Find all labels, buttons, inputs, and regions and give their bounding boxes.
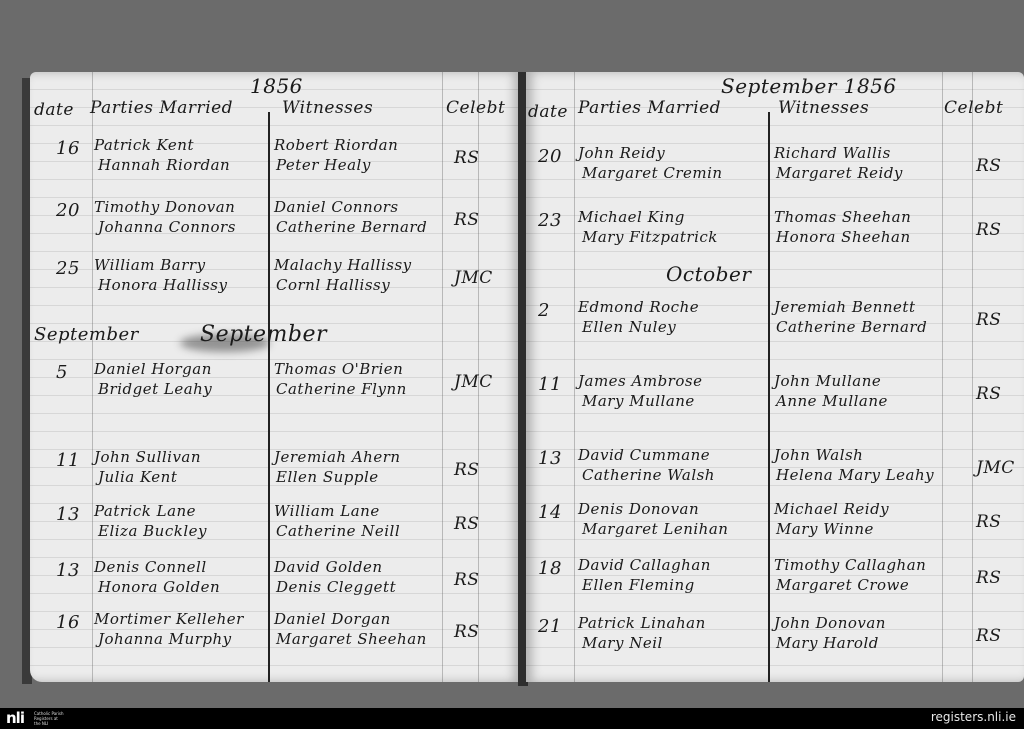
celebrant-initials: RS — [976, 384, 1001, 404]
groom-name: Edmond Roche — [578, 298, 699, 316]
bride-name: Hannah Riordan — [98, 156, 230, 174]
entry-date: 13 — [56, 560, 80, 581]
groom-name: William Barry — [94, 256, 206, 274]
bride-name: Johanna Murphy — [98, 630, 232, 648]
header-parties: Parties Married — [578, 98, 721, 118]
celebrant-initials: RS — [976, 626, 1001, 646]
groom-name: Mortimer Kelleher — [94, 610, 244, 628]
celebrant-initials: RS — [454, 622, 479, 642]
witness-name: Jeremiah Bennett — [774, 298, 915, 316]
entry-date: 18 — [538, 558, 562, 579]
column-rule — [574, 72, 575, 682]
column-rule — [442, 72, 443, 682]
witness-name: Margaret Sheehan — [276, 630, 427, 648]
bride-name: Johanna Connors — [98, 218, 236, 236]
bride-name: Margaret Cremin — [582, 164, 723, 182]
bride-name: Ellen Nuley — [582, 318, 676, 336]
header-date: date — [34, 100, 74, 120]
celebrant-initials: RS — [454, 570, 479, 590]
celebrant-initials: JMC — [976, 458, 1015, 478]
witness-name: Mary Harold — [776, 634, 879, 652]
entry-date: 21 — [538, 616, 562, 637]
celebrant-initials: RS — [454, 514, 479, 534]
bride-name: Bridget Leahy — [98, 380, 212, 398]
page-year: 1856 — [250, 74, 303, 98]
nli-logo[interactable]: nli — [6, 711, 24, 726]
witness-name: Catherine Neill — [276, 522, 400, 540]
celebrant-initials: RS — [976, 568, 1001, 588]
witness-name: Catherine Bernard — [276, 218, 427, 236]
entry-date: 11 — [56, 450, 80, 471]
witness-name: Honora Sheehan — [776, 228, 911, 246]
witness-name: Thomas Sheehan — [774, 208, 911, 226]
groom-name: Daniel Horgan — [94, 360, 212, 378]
bride-name: Mary Mullane — [582, 392, 695, 410]
column-rule — [972, 72, 973, 682]
witness-name: Richard Wallis — [774, 144, 891, 162]
witness-name: John Mullane — [774, 372, 881, 390]
witness-name: Thomas O'Brien — [274, 360, 403, 378]
witness-name: Margaret Reidy — [776, 164, 903, 182]
header-parties: Parties Married — [90, 98, 233, 118]
witness-name: Timothy Callaghan — [774, 556, 926, 574]
month-heading: October — [666, 262, 751, 286]
witness-name: Denis Cleggett — [276, 578, 396, 596]
header-witnesses: Witnesses — [282, 98, 373, 118]
image-viewer[interactable]: 1856 date Parties Married Witnesses Cele… — [0, 0, 1024, 708]
witness-name: Cornl Hallissy — [276, 276, 390, 294]
bride-name: Honora Hallissy — [98, 276, 227, 294]
celebrant-initials: RS — [454, 210, 479, 230]
month-margin-note: September — [34, 324, 139, 345]
entry-date: 20 — [538, 146, 562, 167]
entry-date: 2 — [538, 300, 550, 321]
entry-date: 16 — [56, 138, 80, 159]
witness-name: Anne Mullane — [776, 392, 888, 410]
celebrant-initials: JMC — [454, 372, 493, 392]
column-rule — [942, 72, 943, 682]
groom-name: Patrick Kent — [94, 136, 194, 154]
bride-name: Eliza Buckley — [98, 522, 207, 540]
celebrant-initials: RS — [976, 220, 1001, 240]
entry-date: 25 — [56, 258, 80, 279]
witness-name: Ellen Supple — [276, 468, 379, 486]
witness-name: Daniel Connors — [274, 198, 399, 216]
page-title: September 1856 — [721, 74, 897, 98]
witness-name: Michael Reidy — [774, 500, 889, 518]
groom-name: James Ambrose — [578, 372, 702, 390]
bride-name: Julia Kent — [98, 468, 177, 486]
entry-date: 20 — [56, 200, 80, 221]
groom-name: Denis Connell — [94, 558, 207, 576]
groom-name: John Sullivan — [94, 448, 201, 466]
groom-name: Michael King — [578, 208, 685, 226]
bride-name: Mary Fitzpatrick — [582, 228, 718, 246]
header-celebrant: Celebt — [446, 98, 505, 118]
witness-name: Peter Healy — [276, 156, 371, 174]
bride-name: Ellen Fleming — [582, 576, 695, 594]
celebrant-initials: RS — [454, 460, 479, 480]
logo-subtitle: Catholic Parish Registers at the NLI — [34, 711, 74, 726]
witness-name: John Donovan — [774, 614, 886, 632]
celebrant-initials: RS — [976, 156, 1001, 176]
entry-date: 13 — [538, 448, 562, 469]
column-rule — [92, 72, 93, 682]
bride-name: Catherine Walsh — [582, 466, 715, 484]
witness-name: Catherine Bernard — [776, 318, 927, 336]
header-date: date — [528, 102, 568, 122]
witness-name: Helena Mary Leahy — [776, 466, 934, 484]
groom-name: Timothy Donovan — [94, 198, 235, 216]
bride-name: Honora Golden — [98, 578, 220, 596]
entry-date: 14 — [538, 502, 562, 523]
register-scan: 1856 date Parties Married Witnesses Cele… — [22, 72, 1024, 690]
celebrant-initials: RS — [976, 512, 1001, 532]
entry-date: 13 — [56, 504, 80, 525]
celebrant-initials: RS — [454, 148, 479, 168]
groom-name: Patrick Lane — [94, 502, 196, 520]
witness-name: Jeremiah Ahern — [274, 448, 401, 466]
groom-name: John Reidy — [578, 144, 665, 162]
site-link[interactable]: registers.nli.ie — [931, 710, 1016, 724]
header-witnesses: Witnesses — [778, 98, 869, 118]
groom-name: David Callaghan — [578, 556, 711, 574]
witness-name: David Golden — [274, 558, 383, 576]
entry-date: 23 — [538, 210, 562, 231]
month-heading: September — [200, 322, 327, 347]
bride-name: Margaret Lenihan — [582, 520, 728, 538]
header-celebrant: Celebt — [944, 98, 1003, 118]
entry-date: 5 — [56, 362, 68, 383]
witness-name: John Walsh — [774, 446, 863, 464]
witness-name: Catherine Flynn — [276, 380, 407, 398]
column-divider — [268, 112, 270, 682]
celebrant-initials: RS — [976, 310, 1001, 330]
entry-date: 11 — [538, 374, 562, 395]
groom-name: Patrick Linahan — [578, 614, 706, 632]
witness-name: William Lane — [274, 502, 380, 520]
groom-name: Denis Donovan — [578, 500, 699, 518]
witness-name: Malachy Hallissy — [274, 256, 412, 274]
witness-name: Daniel Dorgan — [274, 610, 391, 628]
groom-name: David Cummane — [578, 446, 710, 464]
entry-date: 16 — [56, 612, 80, 633]
witness-name: Margaret Crowe — [776, 576, 909, 594]
viewer-footer: nli Catholic Parish Registers at the NLI… — [0, 708, 1024, 729]
left-page: 1856 date Parties Married Witnesses Cele… — [30, 72, 520, 682]
bride-name: Mary Neil — [582, 634, 663, 652]
witness-name: Mary Winne — [776, 520, 874, 538]
witness-name: Robert Riordan — [274, 136, 398, 154]
celebrant-initials: JMC — [454, 268, 493, 288]
column-divider — [768, 112, 770, 682]
right-page: September 1856 date Parties Married Witn… — [526, 72, 1024, 682]
